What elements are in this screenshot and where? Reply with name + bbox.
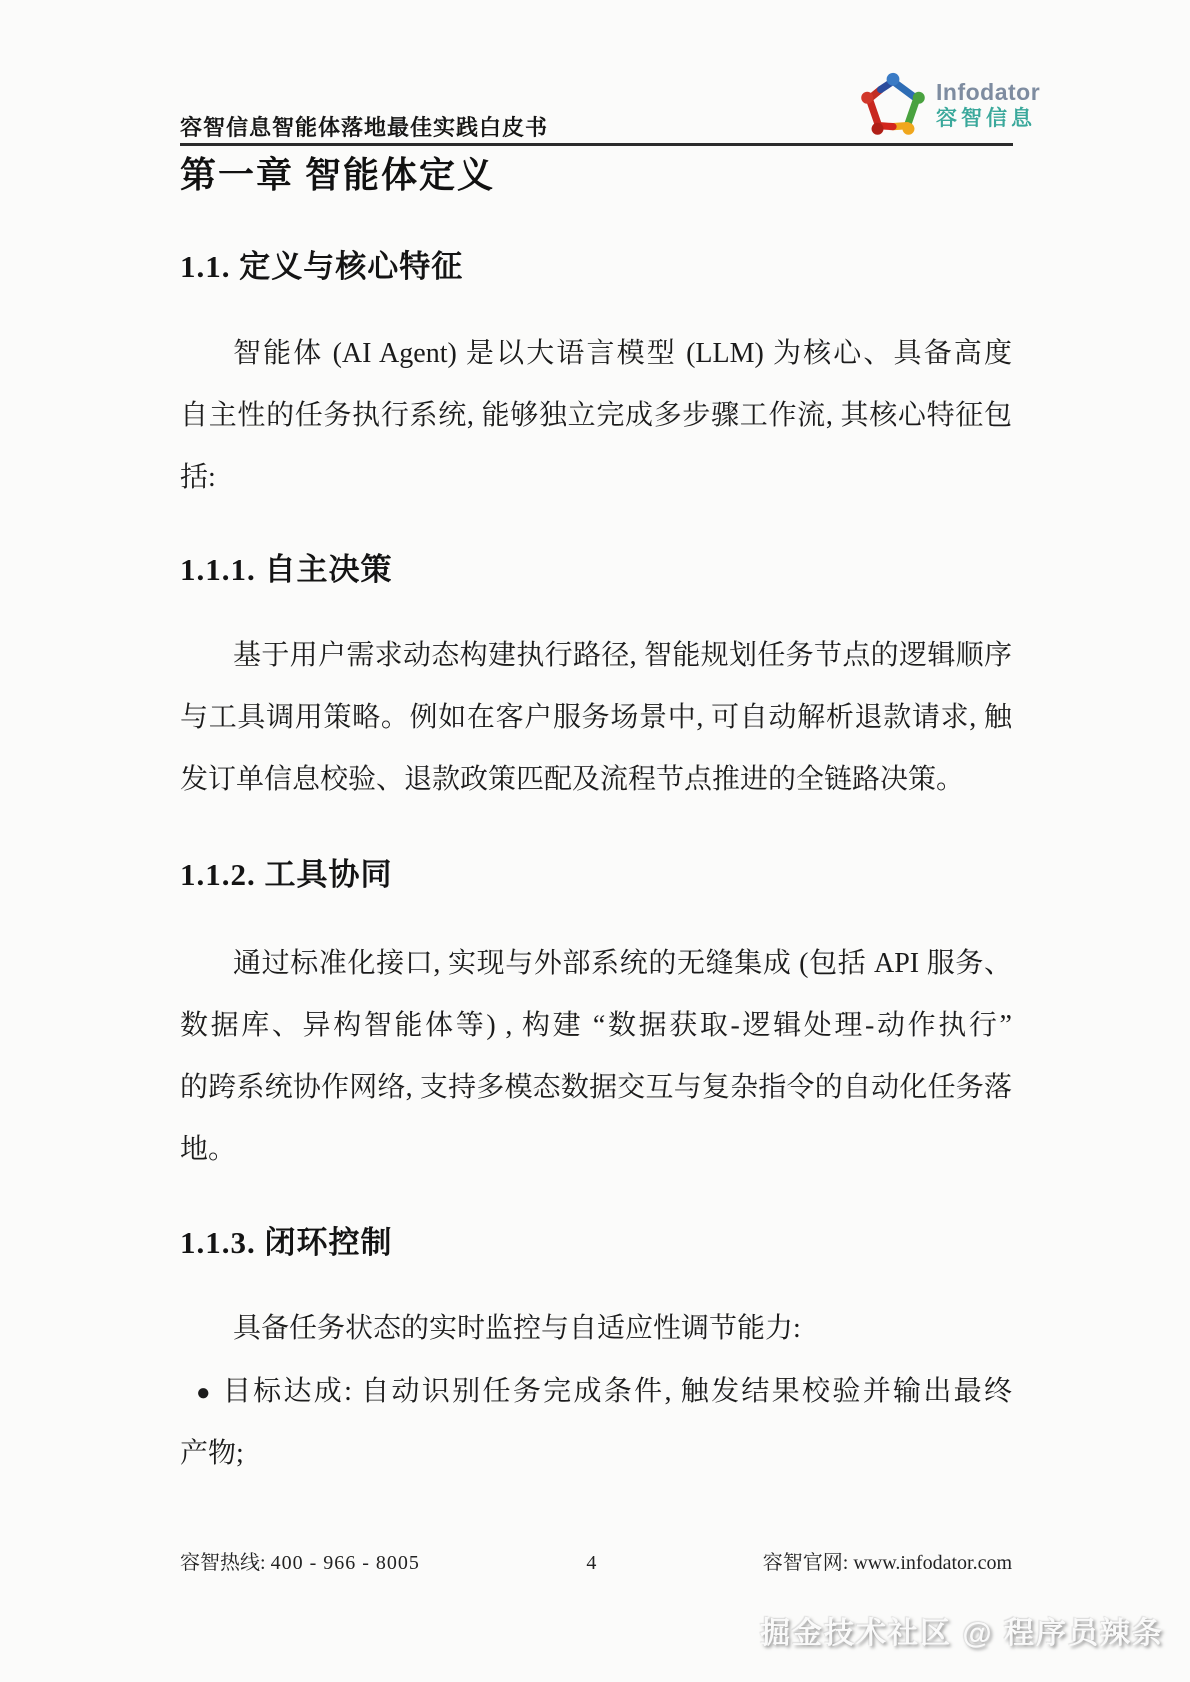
paragraph-line: 具备任务状态的实时监控与自适应性调节能力: [180, 1298, 1012, 1360]
paragraph-1-1-1: 基于用户需求动态构建执行路径, 智能规划任务节点的逻辑顺序 与工具调用策略。例如… [180, 625, 1012, 811]
paragraph-line: 发订单信息校验、退款政策匹配及流程节点推进的全链路决策。 [180, 749, 1012, 811]
brand-logo: Infodator 容智信息 [860, 72, 1040, 138]
paragraph-1-1-3-intro: 具备任务状态的实时监控与自适应性调节能力: [180, 1298, 1012, 1360]
website-label: 容智官网: [763, 1552, 849, 1574]
bullet-marker-icon: ● [196, 1380, 213, 1406]
page-number: 4 [586, 1550, 596, 1576]
page-footer: 容智热线: 400 - 966 - 8005 4 容智官网: www.infod… [180, 1550, 1012, 1576]
brand-name-en: Infodator [936, 80, 1040, 104]
section-heading-1-1-3: 1.1.3. 闭环控制 [180, 1223, 393, 1263]
paragraph-line: 地。 [180, 1119, 1012, 1181]
bullet-text: 目标达成: 自动识别任务完成条件, 触发结果校验并输出最终 [223, 1376, 1012, 1407]
footer-website: 容智官网: www.infodator.com [763, 1550, 1012, 1576]
brand-name-cn: 容智信息 [936, 108, 1040, 130]
website-url: www.infodator.com [853, 1552, 1012, 1574]
paragraph-1-1: 智能体 (AI Agent) 是以大语言模型 (LLM) 为核心、具备高度 自主… [180, 323, 1012, 509]
paragraph-line: 括: [180, 447, 1012, 509]
bullet-continuation-line: 产物; [180, 1423, 1012, 1485]
hotline-label: 容智热线: [180, 1552, 266, 1574]
paragraph-1-1-3-bullet: ●目标达成: 自动识别任务完成条件, 触发结果校验并输出最终 产物; [180, 1361, 1012, 1485]
paragraph-line: 数据库、异构智能体等) , 构建 “数据获取-逻辑处理-动作执行” [180, 995, 1012, 1057]
section-heading-1-1-2: 1.1.2. 工具协同 [180, 855, 393, 895]
brand-text: Infodator 容智信息 [936, 80, 1040, 129]
running-header-title: 容智信息智能体落地最佳实践白皮书 [180, 115, 548, 141]
paragraph-line: 自主性的任务执行系统, 能够独立完成多步骤工作流, 其核心特征包 [180, 385, 1012, 447]
hotline-number: 400 - 966 - 8005 [271, 1552, 420, 1574]
paragraph-line: 基于用户需求动态构建执行路径, 智能规划任务节点的逻辑顺序 [180, 625, 1012, 687]
paragraph-line: 通过标准化接口, 实现与外部系统的无缝集成 (包括 API 服务、 [180, 933, 1012, 995]
paragraph-line: 智能体 (AI Agent) 是以大语言模型 (LLM) 为核心、具备高度 [180, 323, 1012, 385]
paragraph-line: 与工具调用策略。例如在客户服务场景中, 可自动解析退款请求, 触 [180, 687, 1012, 749]
paragraph-1-1-2: 通过标准化接口, 实现与外部系统的无缝集成 (包括 API 服务、 数据库、异构… [180, 933, 1012, 1181]
header-divider-rule [180, 143, 1013, 146]
bullet-line: ●目标达成: 自动识别任务完成条件, 触发结果校验并输出最终 [180, 1361, 1012, 1423]
infodator-pentagon-icon [860, 72, 926, 138]
chapter-title: 第一章 智能体定义 [180, 152, 495, 198]
paragraph-line: 的跨系统协作网络, 支持多模态数据交互与复杂指令的自动化任务落 [180, 1057, 1012, 1119]
footer-hotline: 容智热线: 400 - 966 - 8005 [180, 1550, 420, 1576]
section-heading-1-1-1: 1.1.1. 自主决策 [180, 550, 393, 590]
watermark: 掘金技术社区 @ 程序员辣条 [760, 1608, 1164, 1652]
document-page: 容智信息智能体落地最佳实践白皮书 Infodator 容智信息 第一章 智能体定… [0, 0, 1190, 1682]
section-heading-1-1: 1.1. 定义与核心特征 [180, 247, 463, 287]
